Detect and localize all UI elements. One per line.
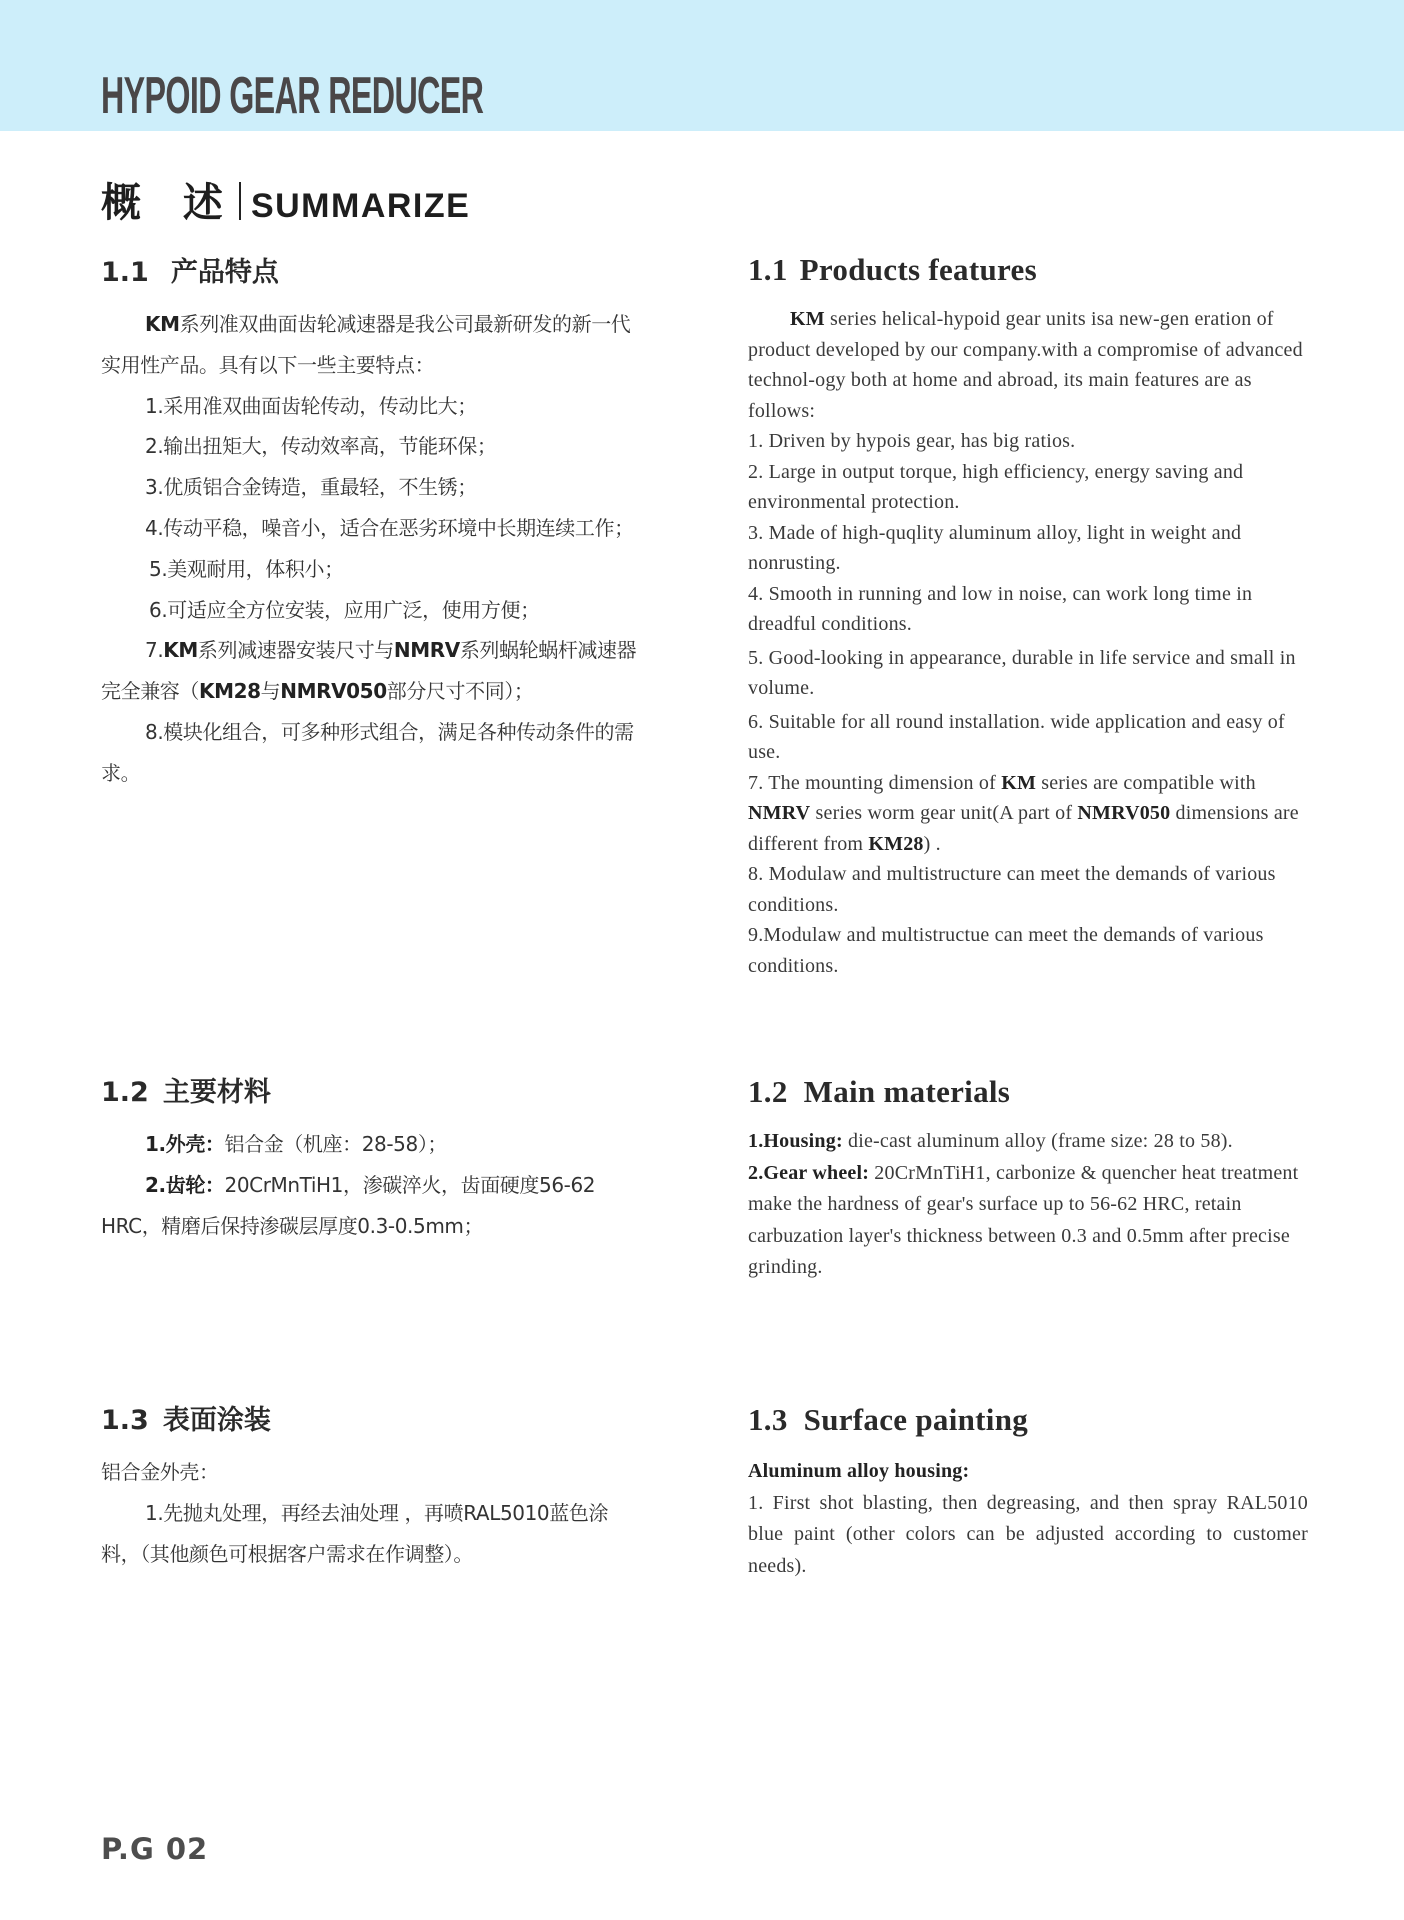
- section-1-2-en: 1.2Main materials 1.Housing: die-cast al…: [748, 1074, 1308, 1284]
- text: series helical-hypoid gear units isa new…: [748, 308, 1303, 422]
- text: 铝合金（机座：28-58）；: [225, 1132, 448, 1156]
- bold-term: KM: [790, 308, 825, 330]
- section-heading: 1.1产品特点: [101, 256, 711, 290]
- text: ) .: [924, 833, 941, 855]
- section-number: 1.3: [101, 1405, 149, 1436]
- list-item: 1. Driven by hypois gear, has big ratios…: [748, 426, 1308, 457]
- section-number: 1.2: [101, 1077, 149, 1108]
- section-heading: 1.3表面涂装: [101, 1404, 711, 1438]
- text: 20CrMnTiH1，渗碳淬火，齿面硬度56-62: [225, 1173, 596, 1197]
- page-title: HYPOID GEAR REDUCER: [101, 70, 483, 122]
- material-gear-continuation: HRC，精磨后保持渗碳层厚度0.3-0.5mm；: [101, 1206, 711, 1247]
- section-1-3-cn: 1.3表面涂装 铝合金外壳： 1.先抛丸处理，再经去油处理 ，再喷RAL5010…: [101, 1404, 711, 1574]
- bold-label: 2.Gear wheel:: [748, 1162, 869, 1184]
- list-item: 3.优质铝合金铸造，重最轻，不生锈；: [101, 467, 711, 508]
- section-number: 1.1: [101, 257, 149, 288]
- text: 7. The mounting dimension of: [748, 772, 1001, 794]
- paint-step: 1.先抛丸处理，再经去油处理 ，再喷RAL5010蓝色涂: [101, 1493, 711, 1534]
- bold-term: NMRV050: [1077, 802, 1170, 824]
- bold-term: NMRV050: [280, 679, 386, 703]
- section-heading: 1.2Main materials: [748, 1074, 1308, 1110]
- list-item: 2. Large in output torque, high efficien…: [748, 457, 1308, 518]
- bold-label: 1.外壳：: [145, 1132, 225, 1156]
- list-item-continuation: 求。: [101, 753, 711, 794]
- section-1-2-cn: 1.2主要材料 1.外壳：铝合金（机座：28-58）； 2.齿轮：20CrMnT…: [101, 1076, 711, 1246]
- header-band: HYPOID GEAR REDUCER: [0, 0, 1404, 131]
- section-title: Surface painting: [804, 1402, 1028, 1437]
- list-item: 8.模块化组合，可多种形式组合，满足各种传动条件的需: [101, 712, 711, 753]
- summary-title-en: SUMMARIZE: [251, 186, 470, 226]
- list-item: 5. Good-looking in appearance, durable i…: [748, 643, 1308, 704]
- material-gear: 2.齿轮：20CrMnTiH1，渗碳淬火，齿面硬度56-62: [101, 1165, 711, 1206]
- text: 系列准双曲面齿轮减速器是我公司最新研发的新一代: [180, 312, 631, 336]
- section-heading: 1.1Products features: [748, 252, 1308, 288]
- paint-step-continuation: 料，（其他颜色可根据客户需求在作调整）。: [101, 1534, 711, 1575]
- bold-term: KM: [1001, 772, 1036, 794]
- bold-term: KM: [145, 312, 180, 336]
- section-1-1-cn: 1.1产品特点 KM系列准双曲面齿轮减速器是我公司最新研发的新一代 实用性产品。…: [101, 256, 711, 794]
- page-number: P.G 02: [101, 1832, 208, 1866]
- section-title: 表面涂装: [163, 1405, 271, 1436]
- list-item: 1.采用准双曲面齿轮传动，传动比大；: [101, 386, 711, 427]
- list-item: 4. Smooth in running and low in noise, c…: [748, 579, 1308, 640]
- intro-line: 实用性产品。具有以下一些主要特点：: [101, 345, 711, 386]
- section-title: Products features: [800, 252, 1037, 287]
- text: 系列蜗轮蜗杆减速器: [460, 638, 636, 662]
- bold-term: NMRV: [748, 802, 810, 824]
- text: 与: [261, 679, 281, 703]
- subtitle: 铝合金外壳：: [101, 1452, 711, 1493]
- section-number: 1.2: [748, 1074, 788, 1109]
- material-housing: 1.外壳：铝合金（机座：28-58）；: [101, 1124, 711, 1165]
- bold-label: 1.Housing:: [748, 1130, 843, 1152]
- paint-step: 1. First shot blasting, then degreasing,…: [748, 1488, 1308, 1583]
- summary-title-cn: 概 述: [101, 180, 237, 226]
- material-housing: 1.Housing: die-cast aluminum alloy (fram…: [748, 1126, 1308, 1158]
- section-title: 主要材料: [163, 1077, 271, 1108]
- list-item: 7. The mounting dimension of KM series a…: [748, 768, 1308, 860]
- list-item: 6. Suitable for all round installation. …: [748, 707, 1308, 768]
- list-item: 5.美观耐用，体积小；: [101, 549, 711, 590]
- text: die-cast aluminum alloy (frame size: 28 …: [843, 1130, 1233, 1152]
- intro-line: KM系列准双曲面齿轮减速器是我公司最新研发的新一代: [101, 304, 711, 345]
- section-number: 1.3: [748, 1402, 788, 1437]
- text: series worm gear unit(A part of: [810, 802, 1077, 824]
- summary-heading: 概 述 SUMMARIZE: [101, 176, 470, 226]
- section-number: 1.1: [748, 252, 788, 287]
- section-1-3-en: 1.3Surface painting Aluminum alloy housi…: [748, 1402, 1308, 1582]
- text: series are compatible with: [1036, 772, 1256, 794]
- list-item: 4.传动平稳，噪音小，适合在恶劣环境中长期连续工作；: [101, 508, 711, 549]
- section-1-1-en: 1.1Products features KM series helical-h…: [748, 252, 1308, 981]
- bold-term: NMRV: [394, 638, 460, 662]
- subtitle: Aluminum alloy housing:: [748, 1456, 1308, 1488]
- list-item: 7.KM系列减速器安装尺寸与NMRV系列蜗轮蜗杆减速器: [101, 630, 711, 671]
- text: 完全兼容（: [101, 679, 199, 703]
- intro-paragraph: KM series helical-hypoid gear units isa …: [748, 304, 1308, 426]
- list-item: 8. Modulaw and multistructure can meet t…: [748, 859, 1308, 920]
- material-gear: 2.Gear wheel: 20CrMnTiH1, carbonize & qu…: [748, 1158, 1308, 1284]
- bold-term: KM: [163, 638, 198, 662]
- list-item-continuation: 完全兼容（KM28与NMRV050部分尺寸不同）；: [101, 671, 711, 712]
- list-item: 9.Modulaw and multistructue can meet the…: [748, 920, 1308, 981]
- section-heading: 1.2主要材料: [101, 1076, 711, 1110]
- bold-label: 2.齿轮：: [145, 1173, 225, 1197]
- list-item: 6.可适应全方位安装，应用广泛，使用方便；: [101, 590, 711, 631]
- list-item: 2.输出扭矩大，传动效率高，节能环保；: [101, 426, 711, 467]
- text: 系列减速器安装尺寸与: [198, 638, 394, 662]
- text: 部分尺寸不同）；: [387, 679, 534, 703]
- bold-term: KM28: [868, 833, 923, 855]
- section-title: Main materials: [804, 1074, 1011, 1109]
- section-title: 产品特点: [171, 257, 279, 288]
- heading-divider: [239, 182, 241, 220]
- section-heading: 1.3Surface painting: [748, 1402, 1308, 1438]
- text: 7.: [145, 638, 163, 662]
- bold-term: KM28: [199, 679, 261, 703]
- list-item: 3. Made of high-quqlity aluminum alloy, …: [748, 518, 1308, 579]
- bold-subtitle: Aluminum alloy housing:: [748, 1460, 969, 1482]
